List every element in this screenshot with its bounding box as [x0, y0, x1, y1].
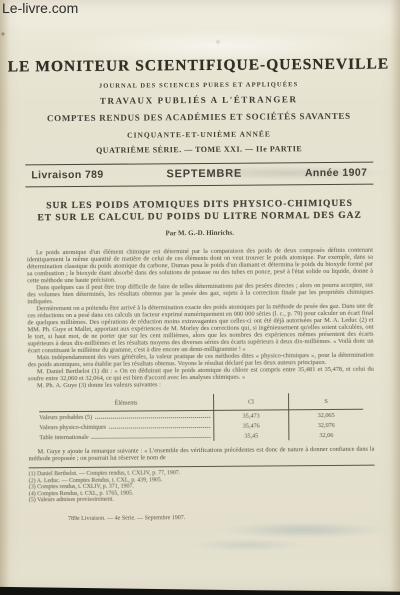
- journal-subtitle: JOURNAL DES SCIENCES PURES ET APPLIQUÉES: [0, 80, 399, 90]
- scanned-journal-cover: Le-livre.com LE MONITEUR SCIENTIFIQUE-QU…: [0, 0, 400, 595]
- masthead: LE MONITEUR SCIENTIFIQUE-QUESNEVILLE JOU…: [0, 55, 399, 155]
- body-paragraph: Dernièrement on a prétendu être arrivé à…: [27, 303, 373, 355]
- body-paragraph: Dans quelques cas il peut être trop diff…: [27, 282, 373, 306]
- issue-year: Année 1907: [305, 167, 367, 179]
- table-row: Table internationale 35,45 32,06: [39, 430, 363, 443]
- body-paragraph: M. Ph. A. Guye (3) donne les valeurs sui…: [28, 380, 374, 390]
- footnote: (5) Valeurs admises provisoirement.: [29, 495, 375, 504]
- row-value-s: 32,065: [288, 410, 363, 421]
- issue-bar: Livraison 789 SEPTEMBRE Année 1907: [25, 162, 373, 188]
- table-header-elements: Éléments: [39, 394, 213, 412]
- footnotes: (1) Daniel Berthelot. — Comptes rendus, …: [29, 465, 375, 505]
- table-header-s: S: [288, 393, 363, 411]
- masthead-line-annee: CINQUANTE-ET-UNIÈME ANNÉE: [0, 128, 399, 140]
- row-label: Valeurs physico-chimiques: [39, 423, 106, 431]
- article-title: SUR LES POIDS ATOMIQUES DITS PHYSICO-CHI…: [0, 197, 400, 224]
- dot-leader: [109, 426, 210, 428]
- dot-leader: [95, 416, 210, 418]
- article-body: Le poids atomique d'un élément chimique …: [27, 247, 374, 390]
- watermark-text: Le-livre.com: [2, 0, 78, 16]
- row-label: Table internationale: [39, 433, 88, 440]
- article-byline: Par M. G.-D. Hinrichs.: [0, 227, 400, 238]
- dot-leader: [92, 436, 211, 438]
- row-value-cl: 35,476: [213, 420, 288, 431]
- article-title-line2: ET SUR LE CALCUL DU POIDS DU LITRE NORMA…: [0, 209, 400, 224]
- table-header-cl: Cl: [213, 393, 288, 411]
- row-label: Valeurs probables (5): [39, 413, 92, 420]
- journal-page: LE MONITEUR SCIENTIFIQUE-QUESNEVILLE JOU…: [0, 0, 400, 523]
- row-value-cl: 35,473: [213, 410, 288, 421]
- body-paragraph: Le poids atomique d'un élément chimique …: [27, 247, 373, 285]
- masthead-line-travaux: TRAVAUX PUBLIÉS A L'ÉTRANGER: [0, 93, 399, 106]
- row-value-s: 32,06: [288, 430, 363, 441]
- closing-paragraph: M. Guye y ajoute la remarque suivante : …: [28, 446, 374, 463]
- journal-title: LE MONITEUR SCIENTIFIQUE-QUESNEVILLE: [0, 55, 399, 76]
- masthead-line-serie: QUATRIÈME SÉRIE. — TOME XXI. — IIe PARTI…: [0, 143, 399, 155]
- imprint-line: 789e Livraison. — 4e Série. — Septembre …: [2, 513, 400, 522]
- scan-edge-strip: [0, 586, 400, 595]
- row-value-s: 32,076: [288, 420, 363, 431]
- masthead-line-comptes: COMPTES RENDUS DES ACADÉMIES ET SOCIÉTÉS…: [0, 110, 399, 123]
- issue-month: SEPTEMBRE: [166, 168, 242, 181]
- atomic-weights-table: Éléments Cl S Valeurs probables (5) 35,4…: [39, 393, 363, 443]
- row-value-cl: 35,45: [213, 430, 288, 441]
- issue-livraison: Livraison 789: [31, 169, 103, 182]
